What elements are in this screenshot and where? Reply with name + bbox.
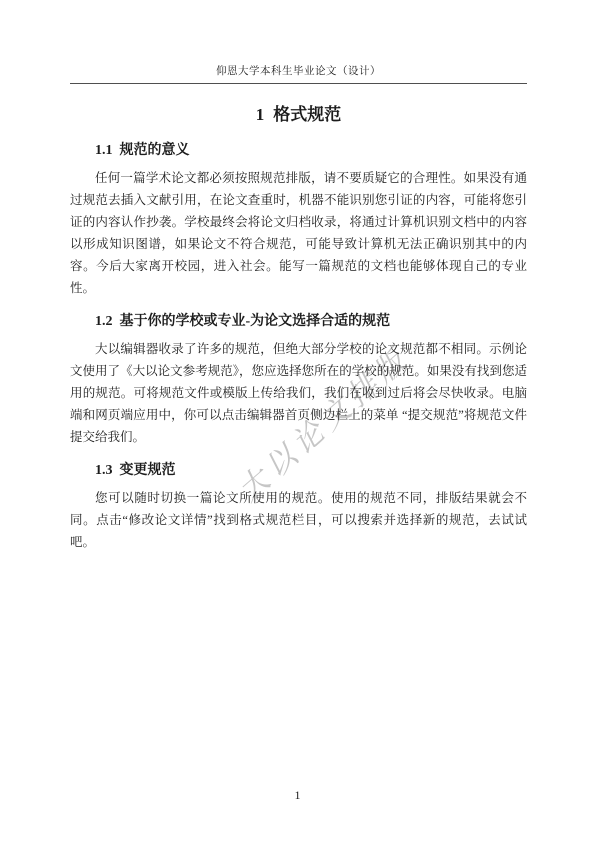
section-1-1-paragraph: 任何一篇学术论文都必须按照规范排版，请不要质疑它的合理性。如果没有通过规范去插入… [70,167,527,299]
section-1-3-paragraph: 您可以随时切换一篇论文所使用的规范。使用的规范不同，排版结果就会不同。点击“修改… [70,487,527,553]
running-head-text: 仰恩大学本科生毕业论文（设计） [216,66,381,77]
section-1-2-title: 基于你的学校或专业-为论文选择合适的规范 [120,314,391,329]
section-1-2: 1.2基于你的学校或专业-为论文选择合适的规范 大以编辑器收录了许多的规范，但绝… [70,313,527,448]
section-1-1-heading: 1.1规范的意义 [95,142,527,159]
section-1-1-title: 规范的意义 [120,143,190,158]
section-1-3-number: 1.3 [95,463,113,478]
section-1-3-title: 变更规范 [120,463,176,478]
chapter-title-text: 格式规范 [273,105,341,124]
section-1-2-paragraph: 大以编辑器收录了许多的规范，但绝大部分学校的论文规范都不相同。示例论文使用了《大… [70,338,527,448]
page-content: 仰恩大学本科生毕业论文（设计） 1格式规范 1.1规范的意义 任何一篇学术论文都… [0,0,595,553]
running-head: 仰恩大学本科生毕业论文（设计） [70,0,527,84]
chapter-title: 1格式规范 [70,102,527,128]
section-1-3-heading: 1.3变更规范 [95,462,527,479]
section-1-1: 1.1规范的意义 任何一篇学术论文都必须按照规范排版，请不要质疑它的合理性。如果… [70,142,527,299]
section-1-3: 1.3变更规范 您可以随时切换一篇论文所使用的规范。使用的规范不同，排版结果就会… [70,462,527,553]
document-page: 大以论文排版 仰恩大学本科生毕业论文（设计） 1格式规范 1.1规范的意义 任何… [0,0,595,842]
chapter-number: 1 [256,105,265,124]
section-1-2-number: 1.2 [95,314,113,329]
section-1-2-heading: 1.2基于你的学校或专业-为论文选择合适的规范 [95,313,527,330]
page-number: 1 [0,788,595,802]
section-1-1-number: 1.1 [95,143,113,158]
